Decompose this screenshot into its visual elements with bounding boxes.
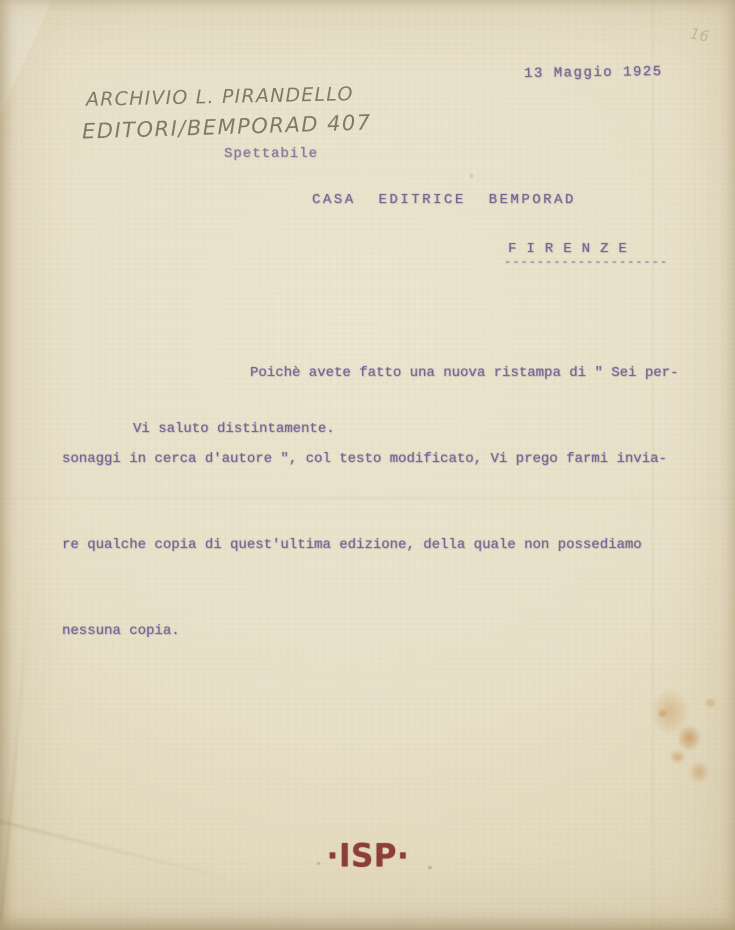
archive-annotation-line2: EDITORI/BEMPORAD 407	[82, 110, 372, 143]
salutation: Spettabile	[224, 146, 318, 162]
body-line: sonaggi in cerca d'autore ", col testo m…	[62, 445, 702, 474]
paper-crease	[0, 814, 227, 880]
ink-speck	[428, 866, 432, 869]
body-line: nessuna copia.	[62, 617, 702, 646]
archive-annotation-line1: ARCHIVIO L. PIRANDELLO	[86, 83, 354, 111]
city-underline-dashes: --------------------	[504, 255, 668, 269]
scanned-letter-page: 16 13 Maggio 1925 ARCHIVIO L. PIRANDELLO…	[0, 0, 735, 930]
isp-archive-stamp: ·ISP·	[312, 837, 424, 874]
corner-fold	[0, 0, 52, 116]
corner-pencil-mark: 16	[688, 24, 710, 46]
paper-crease	[0, 590, 31, 919]
foxing-stain	[706, 699, 715, 707]
closing-salutation: Vi saluto distintamente.	[133, 421, 335, 437]
foxing-stain	[678, 726, 700, 750]
letter-date: 13 Maggio 1925	[524, 64, 663, 82]
ink-speck	[317, 862, 320, 865]
foxing-stain	[670, 750, 685, 764]
ink-speck	[470, 174, 473, 178]
body-line: Poichè avete fatto una nuova ristampa di…	[62, 359, 702, 388]
foxing-stain	[690, 762, 708, 782]
foxing-stain	[659, 710, 666, 717]
recipient-name: CASA EDITRICE BEMPORAD	[312, 192, 576, 208]
body-line: re qualche copia di quest'ultima edizion…	[62, 531, 702, 560]
letter-body: Poichè avete fatto una nuova ristampa di…	[62, 302, 702, 702]
